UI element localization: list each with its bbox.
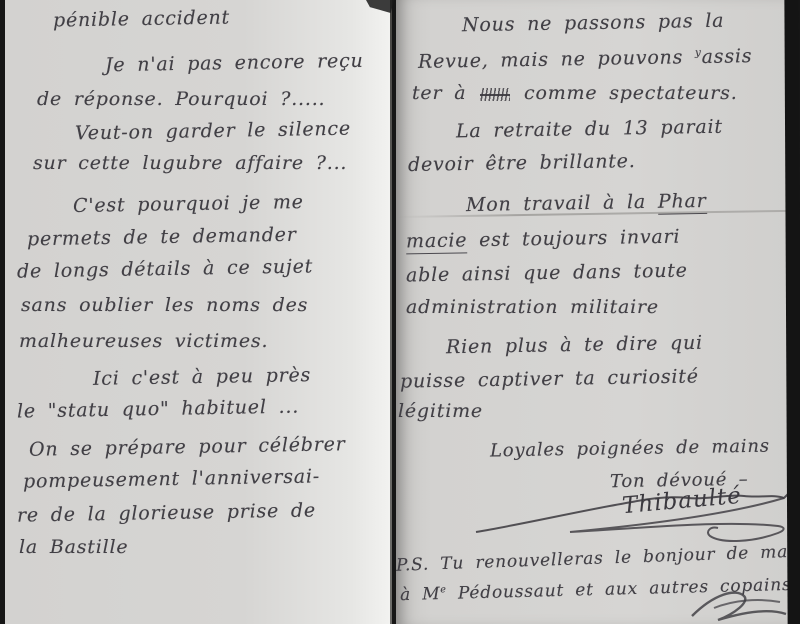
page-fold-line: [390, 0, 392, 624]
handwritten-line: de longs détails à ce sujet: [17, 255, 313, 282]
handwritten-line: de réponse. Pourquoi ?.....: [37, 88, 325, 110]
handwritten-line: macie est toujours invari: [406, 226, 681, 253]
handwritten-line: légitime: [398, 400, 483, 422]
handwritten-line: Rien plus à te dire qui: [446, 332, 703, 358]
handwritten-line: C'est pourquoi je me: [73, 191, 304, 217]
paraph-initials-icon: [684, 586, 790, 624]
letter-left-page: pénible accidentJe n'ai pas encore reçud…: [5, 0, 390, 624]
handwritten-line: la Bastille: [19, 536, 128, 558]
handwritten-line: re de la glorieuse prise de: [17, 499, 316, 526]
signature: Thibaulté: [474, 486, 790, 556]
crossed-out-word: [480, 88, 510, 101]
handwritten-line: La retraite du 13 parait: [456, 116, 723, 143]
handwritten-line: le "statu quo" habituel ...: [17, 396, 299, 423]
handwritten-line: pompeusement l'anniversai-: [23, 465, 320, 492]
handwritten-line: sans oublier les noms des: [21, 294, 308, 316]
handwritten-line: Nous ne passons pas la: [462, 10, 725, 37]
handwritten-line: permets de te demander: [27, 224, 297, 251]
handwritten-line: administration militaire: [406, 296, 659, 318]
handwritten-line: pénible accident: [53, 6, 230, 31]
letter-right-page: Nous ne passons pas laRevue, mais ne pou…: [396, 0, 790, 624]
handwritten-line: Je n'ai pas encore reçu: [105, 50, 364, 77]
letter-scan: pénible accidentJe n'ai pas encore reçud…: [0, 0, 800, 624]
handwritten-line: ter à comme spectateurs.: [412, 82, 738, 104]
handwritten-line: Revue, mais ne pouvons yassis: [418, 45, 753, 73]
handwritten-line: malheureuses victimes.: [19, 330, 268, 352]
handwritten-line: devoir être brillante.: [408, 150, 636, 176]
scan-edge-shadow: [784, 0, 800, 624]
handwritten-line: Loyales poignées de mains: [490, 436, 770, 462]
handwritten-line: puisse captiver ta curiosité: [400, 365, 699, 392]
handwritten-line: Veut-on garder le silence: [75, 118, 351, 145]
handwritten-line: Ici c'est à peu près: [93, 364, 311, 390]
handwritten-line: sur cette lugubre affaire ?...: [33, 152, 347, 174]
handwritten-line: able ainsi que dans toute: [406, 260, 688, 287]
handwritten-line: On se prépare pour célébrer: [29, 433, 346, 461]
